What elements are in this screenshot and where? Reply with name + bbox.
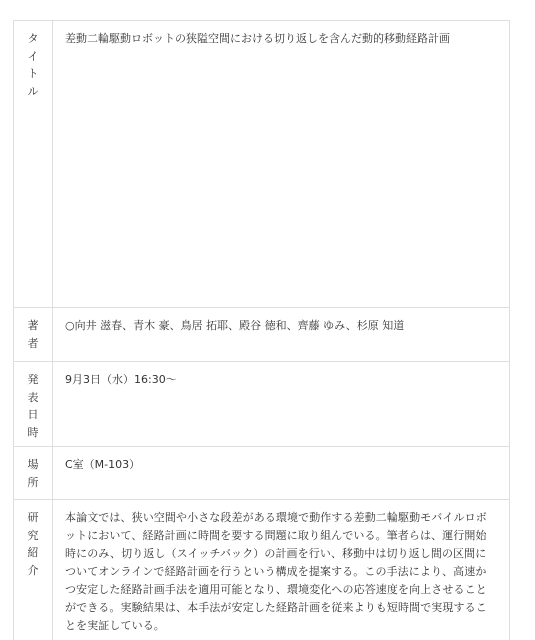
authors-value: ○向井 滋春、青木 豪、鳥居 拓耶、殿谷 徳和、齊藤 ゆみ、杉原 知道 bbox=[53, 308, 510, 362]
label-char: 表 bbox=[14, 389, 52, 407]
table-row-authors: 著 者 ○向井 滋春、青木 豪、鳥居 拓耶、殿谷 徳和、齊藤 ゆみ、杉原 知道 bbox=[14, 308, 510, 362]
label-char: タ bbox=[14, 30, 52, 48]
label-datetime: 発 表 日 時 bbox=[14, 362, 53, 447]
label-char: 著 bbox=[14, 317, 52, 335]
label-char: 時 bbox=[14, 424, 52, 442]
label-authors: 著 者 bbox=[14, 308, 53, 362]
label-char: イ bbox=[14, 48, 52, 66]
label-char: 究 bbox=[14, 527, 52, 545]
label-char: 所 bbox=[14, 474, 52, 492]
label-summary: 研 究 紹 介 bbox=[14, 500, 53, 640]
datetime-value: 9月3日（水）16:30～ bbox=[53, 362, 510, 447]
place-value: C室（M-103） bbox=[53, 447, 510, 500]
label-char: ル bbox=[14, 83, 52, 101]
table-row-datetime: 発 表 日 時 9月3日（水）16:30～ bbox=[14, 362, 510, 447]
table-row-title: タ イ ト ル 差動二輪駆動ロボットの狭隘空間における切り返しを含んだ動的移動経… bbox=[14, 21, 510, 308]
label-char: 発 bbox=[14, 371, 52, 389]
label-char: 場 bbox=[14, 456, 52, 474]
table-row-summary: 研 究 紹 介 本論文では、狭い空間や小さな段差がある環境で動作する差動二輪駆動… bbox=[14, 500, 510, 640]
presentation-info-table: タ イ ト ル 差動二輪駆動ロボットの狭隘空間における切り返しを含んだ動的移動経… bbox=[13, 20, 510, 640]
table-row-place: 場 所 C室（M-103） bbox=[14, 447, 510, 500]
label-char: ト bbox=[14, 65, 52, 83]
label-char: 者 bbox=[14, 335, 52, 353]
title-value: 差動二輪駆動ロボットの狭隘空間における切り返しを含んだ動的移動経路計画 bbox=[53, 21, 510, 308]
label-char: 介 bbox=[14, 562, 52, 580]
label-char: 研 bbox=[14, 509, 52, 527]
label-char: 日 bbox=[14, 406, 52, 424]
label-place: 場 所 bbox=[14, 447, 53, 500]
label-title: タ イ ト ル bbox=[14, 21, 53, 308]
label-char: 紹 bbox=[14, 544, 52, 562]
summary-value: 本論文では、狭い空間や小さな段差がある環境で動作する差動二輪駆動モバイルロボット… bbox=[53, 500, 510, 640]
